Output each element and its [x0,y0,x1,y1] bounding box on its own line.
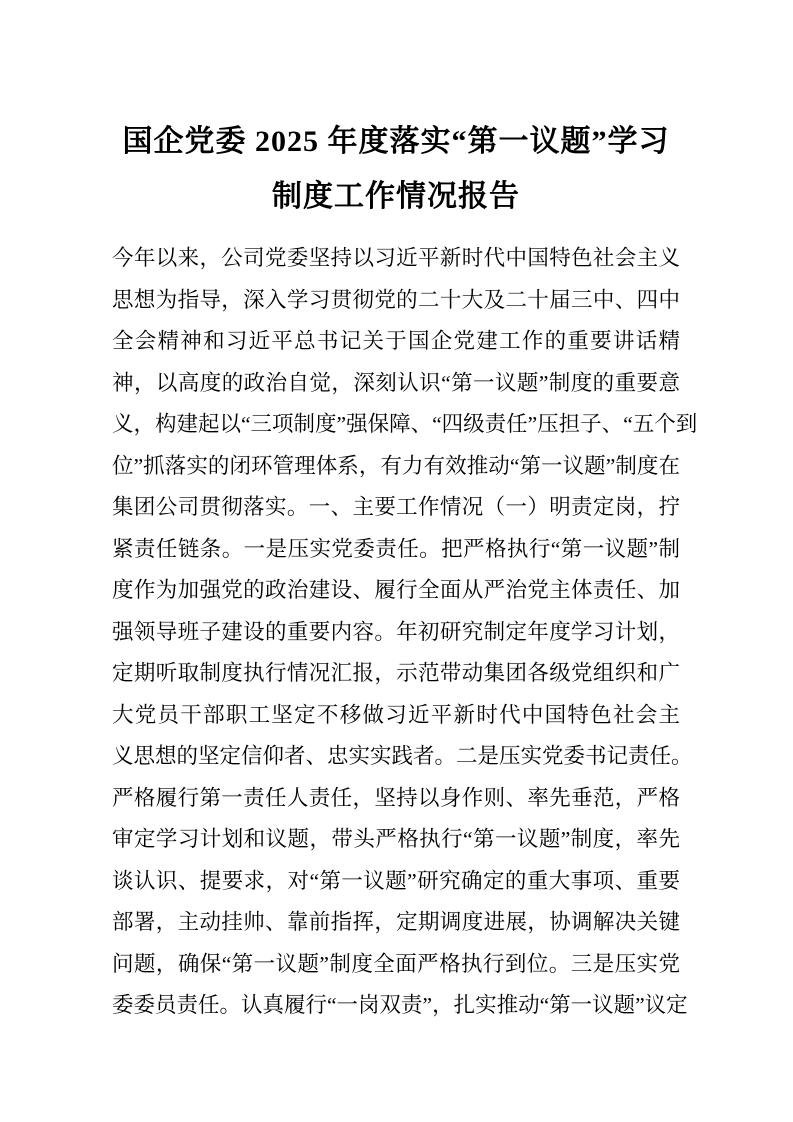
document-body: 今年以来，公司党委坚持以习近平新时代中国特色社会主义 思想为指导，深入学习贯彻党… [112,238,680,1027]
body-text-line: 定期听取制度执行情况汇报，示范带动集团各级党组织和广 [112,653,680,695]
body-text-line: 审定学习计划和议题，带头严格执行“第一议题”制度，率先 [112,819,680,861]
body-text-line: 集团公司贯彻落实。一、主要工作情况（一）明责定岗，拧 [112,487,680,529]
document-title: 国企党委 2025 年度落实“第一议题”学习 制度工作情况报告 [112,0,680,224]
document-title-line: 国企党委 2025 年度落实“第一议题”学习 [112,114,680,169]
body-text-line: 神，以高度的政治自觉，深刻认识“第一议题”制度的重要意 [112,363,680,405]
body-text-line: 度作为加强党的政治建设、履行全面从严治党主体责任、加 [112,570,680,612]
document-page: 国企党委 2025 年度落实“第一议题”学习 制度工作情况报告 今年以来，公司党… [0,0,793,1122]
body-text-line: 谈认识、提要求，对“第一议题”研究确定的重大事项、重要 [112,861,680,903]
body-text-line: 义思想的坚定信仰者、忠实实践者。二是压实党委书记责任。 [112,736,680,778]
body-text-line: 强领导班子建设的重要内容。年初研究制定年度学习计划， [112,612,680,654]
body-text-line: 大党员干部职工坚定不移做习近平新时代中国特色社会主 [112,695,680,737]
document-content: 国企党委 2025 年度落实“第一议题”学习 制度工作情况报告 今年以来，公司党… [0,0,793,1027]
body-text-line: 今年以来，公司党委坚持以习近平新时代中国特色社会主义 [112,238,680,280]
body-text-line: 问题，确保“第一议题”制度全面严格执行到位。三是压实党 [112,944,680,986]
body-text-line: 全会精神和习近平总书记关于国企党建工作的重要讲话精 [112,321,680,363]
body-text-line: 严格履行第一责任人责任，坚持以身作则、率先垂范，严格 [112,778,680,820]
body-text-line: 紧责任链条。一是压实党委责任。把严格执行“第一议题”制 [112,529,680,571]
body-text-line: 义，构建起以“三项制度”强保障、“四级责任”压担子、“五个到 [112,404,680,446]
body-text-line: 部署，主动挂帅、靠前指挥，定期调度进展，协调解决关键 [112,902,680,944]
body-text-line: 位”抓落实的闭环管理体系，有力有效推动“第一议题”制度在 [112,446,680,488]
document-title-line: 制度工作情况报告 [112,169,680,224]
body-text-line: 思想为指导，深入学习贯彻党的二十大及二十届三中、四中 [112,280,680,322]
body-text-line: 委委员责任。认真履行“一岗双责”，扎实推动“第一议题”议定 [112,985,680,1027]
